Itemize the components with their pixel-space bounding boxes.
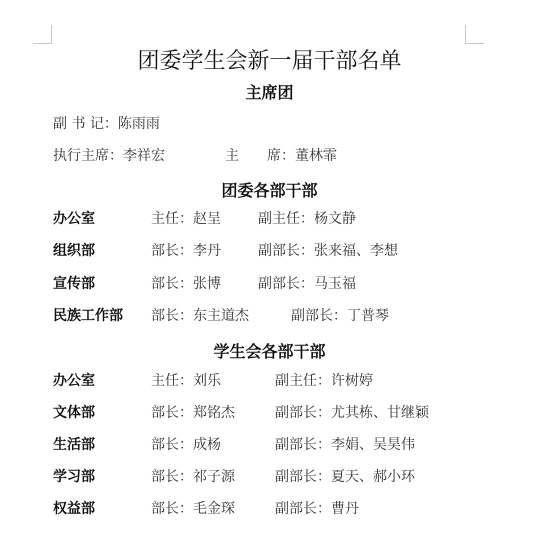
head-role: 部长：李丹 [151, 241, 221, 261]
deputy-role: 副主任：杨文静 [258, 209, 356, 229]
dept-name: 组织部 [53, 241, 95, 261]
deputy-role: 副部长：曹丹 [275, 499, 359, 519]
page-corner-mark-top-right [465, 25, 484, 44]
dept-name: 宣传部 [53, 274, 95, 294]
deputy-role: 副部长：李娟、吴昊伟 [275, 435, 415, 455]
deputy-role: 副部长：丁普琴 [291, 306, 389, 326]
deputy-role: 副部长：马玉福 [258, 274, 356, 294]
deputy-role: 副部长：张来福、李想 [258, 241, 398, 261]
chair-line: 主 席：董林霏 [225, 146, 337, 166]
head-role: 部长：毛金琛 [151, 499, 235, 519]
section-heading-league: 团委各部干部 [0, 178, 539, 201]
section-heading-student-union: 学生会各部干部 [0, 339, 539, 362]
document-title: 团委学生会新一届干部名单 [0, 44, 539, 75]
head-role: 部长：东主道杰 [151, 306, 249, 326]
dept-name: 办公室 [53, 371, 95, 391]
deputy-role: 副部长：夏天、郝小环 [275, 467, 415, 487]
deputy-role: 副部长：尤其栋、甘继颖 [275, 403, 429, 423]
dept-name: 权益部 [53, 499, 95, 519]
page-corner-mark-top-left [33, 25, 52, 44]
head-role: 主任：刘乐 [151, 371, 221, 391]
head-role: 主任：赵呈 [151, 209, 221, 229]
dept-name: 学习部 [53, 467, 95, 487]
dept-name: 文体部 [53, 403, 95, 423]
head-role: 部长：祁子源 [151, 467, 235, 487]
vice-secretary-line: 副 书 记：陈雨雨 [53, 114, 160, 134]
dept-name: 办公室 [53, 209, 95, 229]
section-heading-presidium: 主席团 [0, 80, 539, 103]
dept-name: 民族工作部 [53, 306, 123, 326]
head-role: 部长：张博 [151, 274, 221, 294]
deputy-role: 副主任：许树婷 [275, 371, 373, 391]
head-role: 部长：成杨 [151, 435, 221, 455]
head-role: 部长：郑铭杰 [151, 403, 235, 423]
exec-chair-line: 执行主席：李祥宏 [53, 146, 165, 166]
dept-name: 生活部 [53, 435, 95, 455]
